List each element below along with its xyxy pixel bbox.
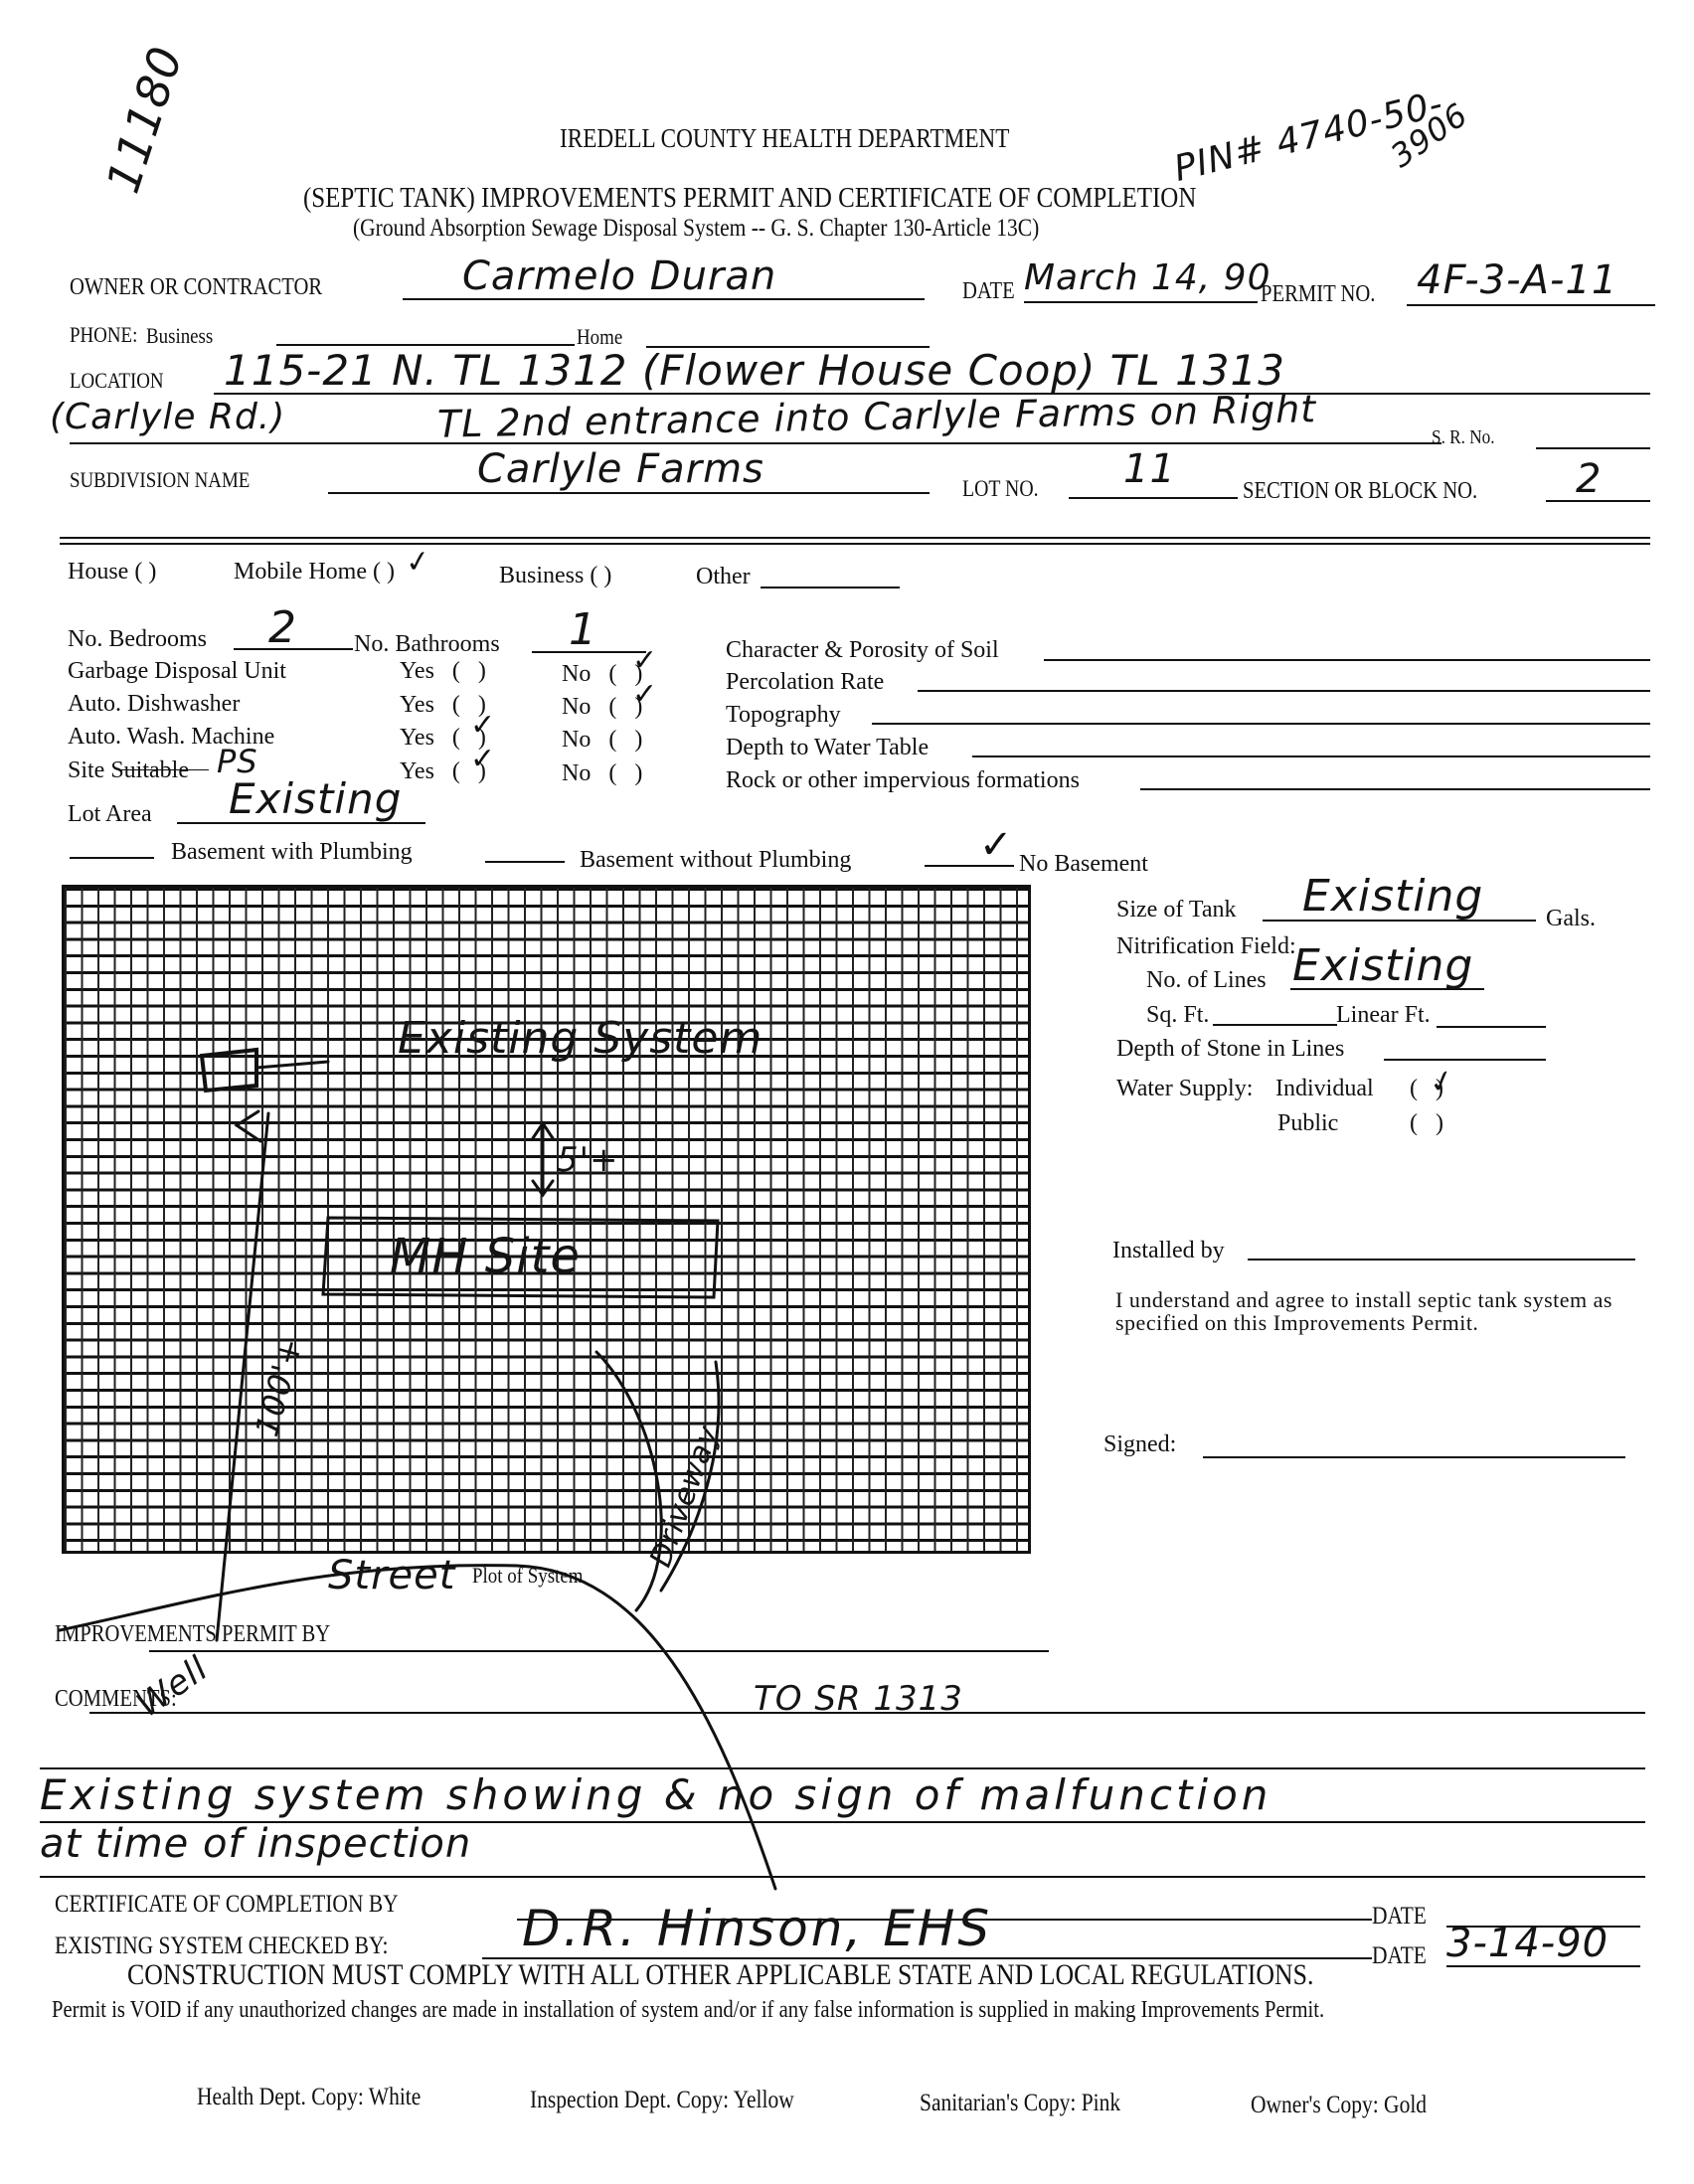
other-label: Other bbox=[696, 565, 751, 588]
date-label: DATE bbox=[962, 279, 1015, 303]
water-supply-label: Water Supply: bbox=[1116, 1077, 1253, 1100]
site-suitable-label: Site Suitable bbox=[68, 758, 189, 782]
subdivision-label: SUBDIVISION NAME bbox=[70, 469, 250, 491]
no-basement-check-icon: ✓ bbox=[979, 825, 1013, 865]
comments-field-line4[interactable] bbox=[40, 1876, 1645, 1878]
tank-size-label: Size of Tank bbox=[1116, 898, 1237, 922]
location-field-line2[interactable] bbox=[70, 442, 1441, 444]
soil-porosity-field[interactable] bbox=[1044, 659, 1650, 661]
gals-label: Gals. bbox=[1546, 907, 1596, 930]
handwritten-file-number: 11180 bbox=[99, 41, 190, 198]
basement-with-plumbing-label: Basement with Plumbing bbox=[171, 840, 413, 864]
garbage-disposal-no[interactable]: No ( ) bbox=[562, 662, 642, 686]
comments-label: COMMENTS: bbox=[55, 1687, 177, 1711]
checked-date-label: DATE bbox=[1372, 1943, 1427, 1968]
sketch-label-street: Street bbox=[328, 1556, 455, 1596]
location-value-line2: TL 2nd entrance into Carlyle Farms on Ri… bbox=[437, 390, 1317, 442]
no-of-lines-value: Existing bbox=[1292, 944, 1473, 988]
bedrooms-label: No. Bedrooms bbox=[68, 627, 207, 651]
rock-formations-field[interactable] bbox=[1140, 788, 1650, 790]
comments-field-line2[interactable] bbox=[40, 1767, 1645, 1769]
bedrooms-value: 2 bbox=[268, 606, 297, 650]
plot-grid bbox=[62, 885, 1031, 1554]
certificate-by-label: CERTIFICATE OF COMPLETION BY bbox=[55, 1892, 399, 1917]
washing-machine-no[interactable]: No ( ) bbox=[562, 728, 642, 752]
department-name: IREDELL COUNTY HEALTH DEPARTMENT bbox=[560, 125, 1009, 152]
section-block-value: 2 bbox=[1576, 459, 1602, 499]
soil-porosity-label: Character & Porosity of Soil bbox=[726, 638, 999, 662]
sketch-label-existing-system: Existing System bbox=[398, 1017, 762, 1061]
date-field[interactable] bbox=[1024, 301, 1258, 303]
separator-line bbox=[60, 537, 1650, 539]
sq-ft-field[interactable] bbox=[1213, 1024, 1337, 1026]
date-value: March 14, 90 bbox=[1024, 260, 1270, 296]
site-suitable-yes-check-icon: ✓ bbox=[470, 745, 495, 774]
permit-no-field[interactable] bbox=[1407, 304, 1655, 306]
permit-no-value: 4F-3-A-11 bbox=[1417, 260, 1617, 300]
linear-ft-label: Linear Ft. bbox=[1336, 1003, 1431, 1027]
plot-caption: Plot of System bbox=[472, 1565, 583, 1587]
owner-value: Carmelo Duran bbox=[462, 256, 776, 296]
basement-with-plumbing-field[interactable] bbox=[70, 857, 154, 859]
stone-depth-label: Depth of Stone in Lines bbox=[1116, 1037, 1344, 1061]
sq-ft-label: Sq. Ft. bbox=[1146, 1003, 1209, 1027]
section-block-label: SECTION OR BLOCK NO. bbox=[1243, 479, 1477, 503]
water-table-field[interactable] bbox=[972, 756, 1650, 757]
mobile-home-checkbox[interactable]: Mobile Home ( ) bbox=[234, 560, 395, 584]
stone-depth-field[interactable] bbox=[1384, 1059, 1546, 1061]
sr-no-field[interactable] bbox=[1536, 447, 1650, 449]
water-public-label: Public bbox=[1277, 1111, 1338, 1135]
percolation-rate-label: Percolation Rate bbox=[726, 670, 884, 694]
location-label: LOCATION bbox=[70, 370, 164, 392]
location-value-line2-left: (Carlyle Rd.) bbox=[50, 400, 285, 435]
bathrooms-label: No. Bathrooms bbox=[354, 632, 500, 656]
bathrooms-value: 1 bbox=[569, 608, 597, 652]
phone-home-label: Home bbox=[577, 326, 622, 348]
site-suitable-annotation: PS bbox=[217, 746, 258, 777]
installed-by-label: Installed by bbox=[1112, 1239, 1225, 1262]
lot-no-field[interactable] bbox=[1069, 497, 1238, 499]
basement-without-plumbing-label: Basement without Plumbing bbox=[580, 848, 851, 872]
permit-no-label: PERMIT NO. bbox=[1261, 282, 1375, 306]
permit-by-label: IMPROVEMENTS PERMIT BY bbox=[55, 1622, 330, 1646]
garbage-disposal-label: Garbage Disposal Unit bbox=[68, 659, 286, 683]
lot-no-label: LOT NO. bbox=[962, 477, 1039, 500]
separator-line bbox=[60, 543, 1650, 545]
nitrification-field-label: Nitrification Field: bbox=[1116, 934, 1296, 958]
water-table-label: Depth to Water Table bbox=[726, 736, 929, 759]
water-public-checkbox[interactable]: ( ) bbox=[1410, 1111, 1443, 1135]
rock-formations-label: Rock or other impervious formations bbox=[726, 768, 1080, 792]
garbage-disposal-yes[interactable]: Yes ( ) bbox=[400, 659, 486, 683]
existing-checked-signature: D.R. Hinson, EHS bbox=[522, 1904, 992, 1953]
comment-line1-value: Existing system showing & no sign of mal… bbox=[40, 1774, 1271, 1816]
garbage-disposal-no-check-icon: ✓ bbox=[632, 646, 657, 676]
no-of-lines-label: No. of Lines bbox=[1146, 968, 1267, 992]
copy-health-dept: Health Dept. Copy: White bbox=[197, 2085, 421, 2109]
phone-business-label: Business bbox=[146, 325, 213, 347]
copy-owner: Owner's Copy: Gold bbox=[1251, 2093, 1427, 2117]
topography-field[interactable] bbox=[872, 723, 1650, 725]
location-value-line1: 115-21 N. TL 1312 (Flower House Coop) TL… bbox=[224, 350, 1285, 392]
topography-label: Topography bbox=[726, 703, 841, 727]
copy-sanitarian: Sanitarian's Copy: Pink bbox=[920, 2091, 1120, 2115]
existing-checked-label: EXISTING SYSTEM CHECKED BY: bbox=[55, 1933, 388, 1958]
comments-top-value: TO SR 1313 bbox=[754, 1682, 963, 1716]
site-suitable-no[interactable]: No ( ) bbox=[562, 761, 642, 785]
signed-field[interactable] bbox=[1203, 1456, 1625, 1458]
sketch-label-mh-site: MH Site bbox=[390, 1233, 581, 1280]
signed-label: Signed: bbox=[1103, 1432, 1176, 1456]
lot-area-value: Existing bbox=[229, 778, 402, 820]
form-subtitle: (Ground Absorption Sewage Disposal Syste… bbox=[353, 216, 1039, 241]
sketch-label-distance-5ft: 5'+ bbox=[557, 1143, 618, 1177]
house-checkbox[interactable]: House ( ) bbox=[68, 560, 156, 584]
other-field[interactable] bbox=[761, 587, 900, 588]
sr-no-label: S. R. No. bbox=[1432, 427, 1495, 447]
copy-inspection-dept: Inspection Dept. Copy: Yellow bbox=[530, 2088, 794, 2112]
certificate-date-label: DATE bbox=[1372, 1904, 1427, 1929]
comment-line2-value: at time of inspection bbox=[40, 1824, 471, 1864]
subdivision-value: Carlyle Farms bbox=[477, 449, 764, 489]
phone-label: PHONE: bbox=[70, 324, 137, 346]
washing-machine-yes-check-icon: ✓ bbox=[470, 711, 495, 741]
owner-label: OWNER OR CONTRACTOR bbox=[70, 275, 322, 299]
installed-by-field[interactable] bbox=[1248, 1259, 1635, 1260]
tank-size-value: Existing bbox=[1302, 875, 1483, 919]
lot-no-value: 11 bbox=[1123, 449, 1176, 489]
compliance-notice: CONSTRUCTION MUST COMPLY WITH ALL OTHER … bbox=[127, 1960, 1313, 1990]
percolation-rate-field[interactable] bbox=[918, 690, 1650, 692]
installer-agreement: I understand and agree to install septic… bbox=[1115, 1288, 1612, 1334]
dishwasher-no-check-icon: ✓ bbox=[632, 680, 657, 710]
water-individual-label: Individual bbox=[1275, 1077, 1374, 1100]
void-notice: Permit is VOID if any unauthorized chang… bbox=[52, 1999, 1386, 2021]
linear-ft-field[interactable] bbox=[1437, 1026, 1546, 1028]
no-basement-label: No Basement bbox=[1019, 852, 1148, 876]
permit-by-field[interactable] bbox=[149, 1650, 1049, 1652]
form-title: (SEPTIC TANK) IMPROVEMENTS PERMIT AND CE… bbox=[303, 184, 1196, 213]
mobile-home-check-icon: ✓ bbox=[404, 546, 432, 579]
subdivision-field[interactable] bbox=[328, 492, 930, 494]
basement-without-plumbing-field[interactable] bbox=[485, 861, 565, 863]
checked-date-value: 3-14-90 bbox=[1446, 1924, 1609, 1963]
site-suitable-strikethrough bbox=[119, 769, 209, 770]
business-checkbox[interactable]: Business ( ) bbox=[499, 564, 611, 588]
dishwasher-label: Auto. Dishwasher bbox=[68, 692, 240, 716]
lot-area-label: Lot Area bbox=[68, 802, 152, 826]
dishwasher-no[interactable]: No ( ) bbox=[562, 695, 642, 719]
